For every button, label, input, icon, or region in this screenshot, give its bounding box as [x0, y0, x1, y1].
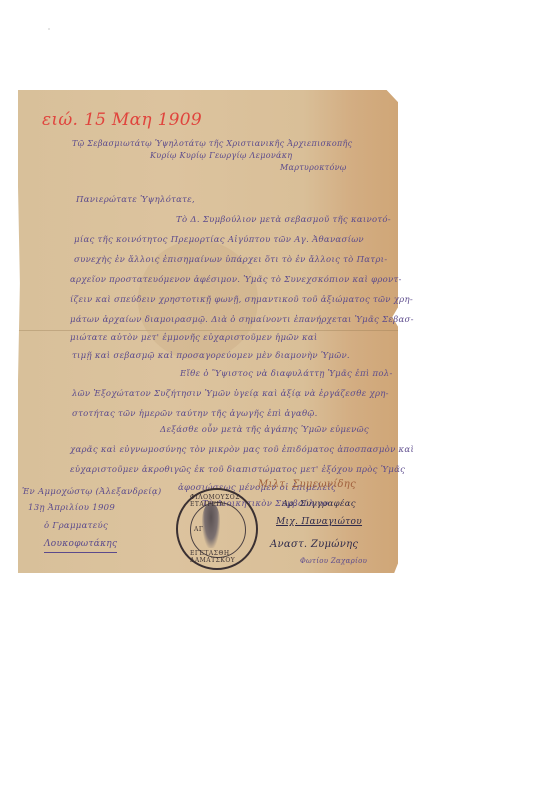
- signature-secretary: Αρ. Συγγραφέας: [282, 500, 356, 509]
- seal-top-text: ΦΙΛΟΜΟΥΣΟΣ ΕΤΑΙΡΕΙΑ: [190, 494, 256, 508]
- seal-saint-figure-icon: [202, 504, 220, 548]
- body-line: αρχεῖον προστατευόμενον ἀφέσιμον. Ὑμᾶς τ…: [70, 276, 402, 285]
- body-line: Δεξάσθε οὖν μετὰ τῆς ἀγάπης Ὑμῶν εὐμενῶς: [160, 426, 369, 435]
- body-line: Εἴθε ὁ Ὕψιστος νὰ διαφυλάττῃ Ὑμᾶς ἐπὶ πο…: [180, 370, 393, 379]
- signature-witness: Φωτίου Ζαχαρίου: [300, 558, 367, 565]
- body-line: λῶν Ἐξοχώτατον Συζήτησιν Ὑμῶν ὑγείᾳ καὶ …: [72, 390, 389, 399]
- body-line: συνεχὴς ἐν ἄλλοις ἐπισημαίνων ὑπάρχει ὅτ…: [74, 256, 387, 265]
- body-line: μίας τῆς κοινότητος Πρεμορτίας Αἰγύπτου …: [74, 236, 364, 245]
- signature-member: Αναστ. Ζυμώνης: [270, 540, 358, 550]
- body-line: χαρᾶς καὶ εὐγνωμοσύνης τὸν μικρὸν μας το…: [70, 446, 414, 455]
- secretary-signature: Λουκοφωτάκης: [44, 540, 117, 553]
- date-line: 13ῃ Ἀπριλίου 1909: [28, 504, 115, 513]
- addressee-line-2: Κυρίῳ Κυρίῳ Γεωργίῳ Λεμονάκη: [150, 152, 292, 160]
- seal-bottom-text: ΕΓΕΤΑΣΘΗ ΔΑΜΑΤΣΚΟΥ: [190, 550, 256, 564]
- body-line: στοτήτας τῶν ἡμερῶν ταύτην τῆς ἀγωγῆς ἐπ…: [72, 410, 318, 419]
- received-date-annotation: ειώ. 15 Μαη 1909: [42, 112, 202, 129]
- salutation: Πανιερώτατε Ὑψηλότατε,: [76, 196, 195, 205]
- official-seal: ΦΙΛΟΜΟΥΣΟΣ ΕΤΑΙΡΕΙΑ ΕΓΕΤΑΣΘΗ ΔΑΜΑΤΣΚΟΥ Α…: [176, 488, 258, 570]
- body-line: εὐχαριστοῦμεν ἀκροθιγῶς ἐκ τοῦ διαπιστώμ…: [70, 466, 405, 475]
- body-line: μάτων ἀρχαίων διαμοιρασμῷ. Διὰ ὁ σημαίνο…: [70, 316, 414, 325]
- seal-left-mark: ΑΓ: [194, 526, 204, 533]
- scan-dust: [48, 28, 50, 30]
- body-line: Τὸ Δ. Συμβούλιον μετὰ σεβασμοῦ τῆς καινο…: [176, 216, 391, 225]
- body-line: μιώτατε αὐτὸν μετ' ἐμμονῆς εὐχαριστοῦμεν…: [70, 334, 318, 343]
- body-line: τιμῇ καὶ σεβασμῷ καὶ προσαγορεύομεν μὲν …: [72, 352, 350, 361]
- addressee-line-1: Τῷ Σεβασμιωτάτῳ Ὑψηλοτάτῳ τῆς Χριστιανικ…: [72, 140, 352, 148]
- signature-president: Μιλτ. Συμεωνίδης: [258, 480, 356, 490]
- secretary-title: ὁ Γραμματεύς: [44, 522, 108, 531]
- body-line: ίζειν καὶ σπεύδειν χρηστοτικῇ φωνῇ, σημα…: [70, 296, 413, 305]
- addressee-line-3: Μαρτυροκτόνῳ: [280, 164, 347, 172]
- signature-treasurer: Μιχ. Παναγιώτου: [276, 518, 362, 527]
- place-line: Ἐν Αμμοχώστῳ (Ἀλεξανδρείᾳ): [22, 488, 162, 497]
